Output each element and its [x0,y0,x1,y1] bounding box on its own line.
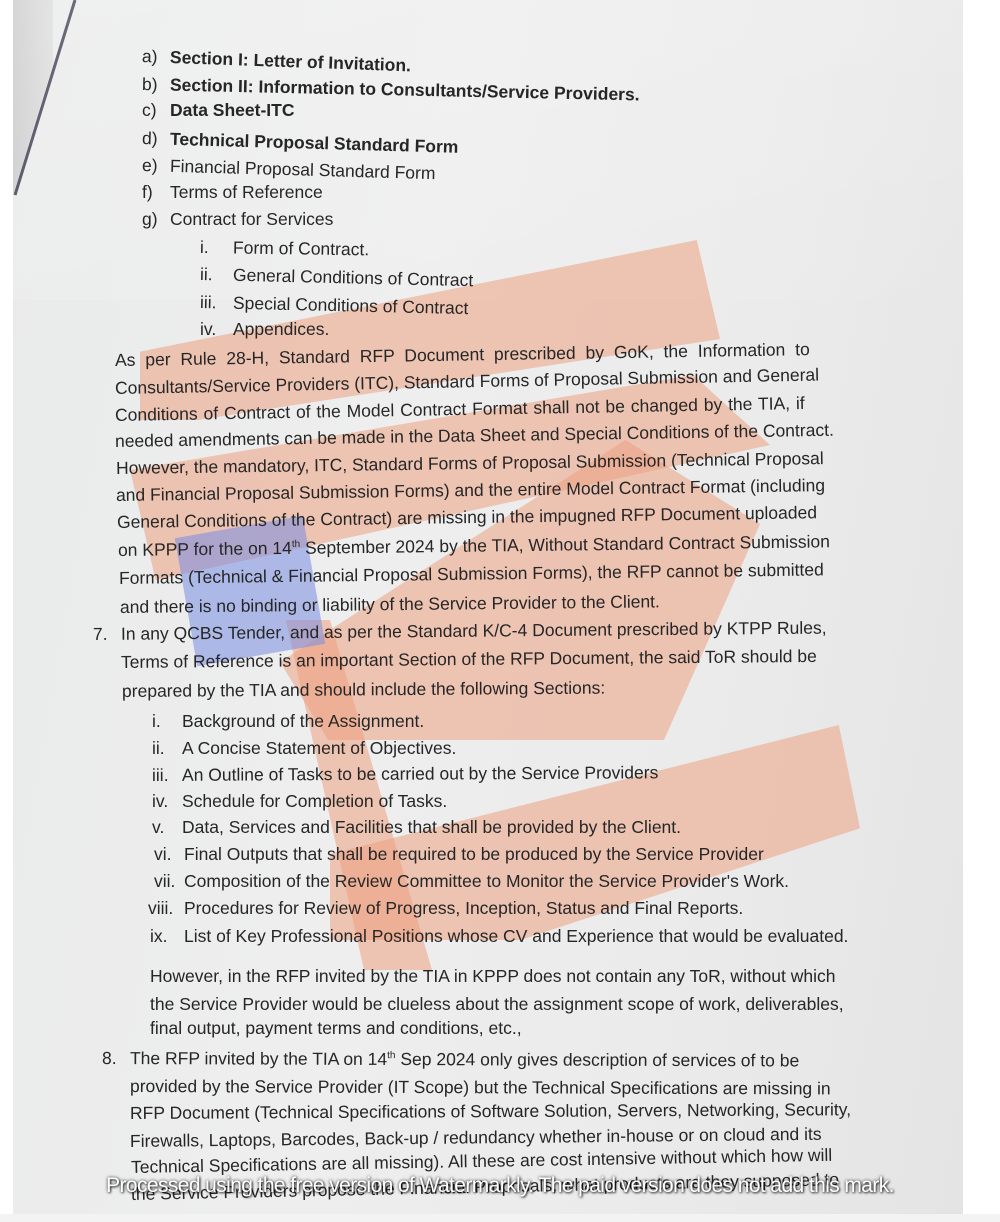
paragraph-line: However, the mandatory, ITC, Standard Fo… [116,448,824,479]
tor-section-item: viii.Procedures for Review of Progress, … [148,898,743,919]
however-line: However, in the RFP invited by the TIA i… [150,966,835,987]
list-item: a)Section I: Letter of Invitation. [142,46,412,76]
tor-section-item: i.Background of the Assignment. [152,711,424,732]
point-7-line: prepared by the TIA and should include t… [122,678,605,702]
list-item: ii.General Conditions of Contract [200,264,474,291]
paragraph-line: and Financial Proposal Submission Forms)… [116,475,825,506]
paragraph-line: and there is no binding or liability of … [120,591,660,618]
list-item: i.Form of Contract. [200,237,369,260]
point-8-line: provided by the Service Provider (IT Sco… [130,1076,831,1099]
list-item: c)Data Sheet-ITC [142,100,294,121]
document-text: a)Section I: Letter of Invitation. b)Sec… [0,0,1000,1222]
point-8-line: RFP Document (Technical Specifications o… [130,1099,851,1124]
paragraph-line: on KPPP for the on 14th September 2024 b… [118,531,830,561]
paragraph-line: Formats (Technical & Financial Proposal … [119,559,824,589]
list-item: f)Terms of Reference [142,182,323,203]
however-line: the Service Provider would be clueless a… [150,994,844,1015]
point-7-line: 7.In any QCBS Tender, and as per the Sta… [93,618,827,645]
paragraph-line: needed amendments can be made in the Dat… [115,420,834,452]
tor-section-item: vii.Composition of the Review Committee … [154,871,789,892]
list-item: e)Financial Proposal Standard Form [142,155,436,184]
tor-section-item: iv.Schedule for Completion of Tasks. [152,791,447,812]
tor-section-item: iii.An Outline of Tasks to be carried ou… [152,762,658,786]
point-8-line: 8.The RFP invited by the TIA on 14th Sep… [102,1048,799,1071]
list-item: d)Technical Proposal Standard Form [142,128,459,158]
paragraph-line: General Conditions of the Contract) are … [117,502,817,533]
tor-section-item: ix.List of Key Professional Positions wh… [150,926,848,947]
tor-section-item: v.Data, Services and Facilities that sha… [152,817,681,838]
tor-section-item: ii.A Concise Statement of Objectives. [152,738,456,759]
list-item: g)Contract for Services [142,209,333,230]
list-item: iv.Appendices. [200,319,329,340]
list-item: iii.Special Conditions of Contract [200,292,469,319]
watermark-banner: Processed using the free version of Wate… [50,1174,950,1198]
tor-section-item: vi.Final Outputs that shall be required … [154,844,764,865]
however-line: final output, payment terms and conditio… [150,1018,522,1039]
point-7-line: Terms of Reference is an important Secti… [121,646,817,673]
